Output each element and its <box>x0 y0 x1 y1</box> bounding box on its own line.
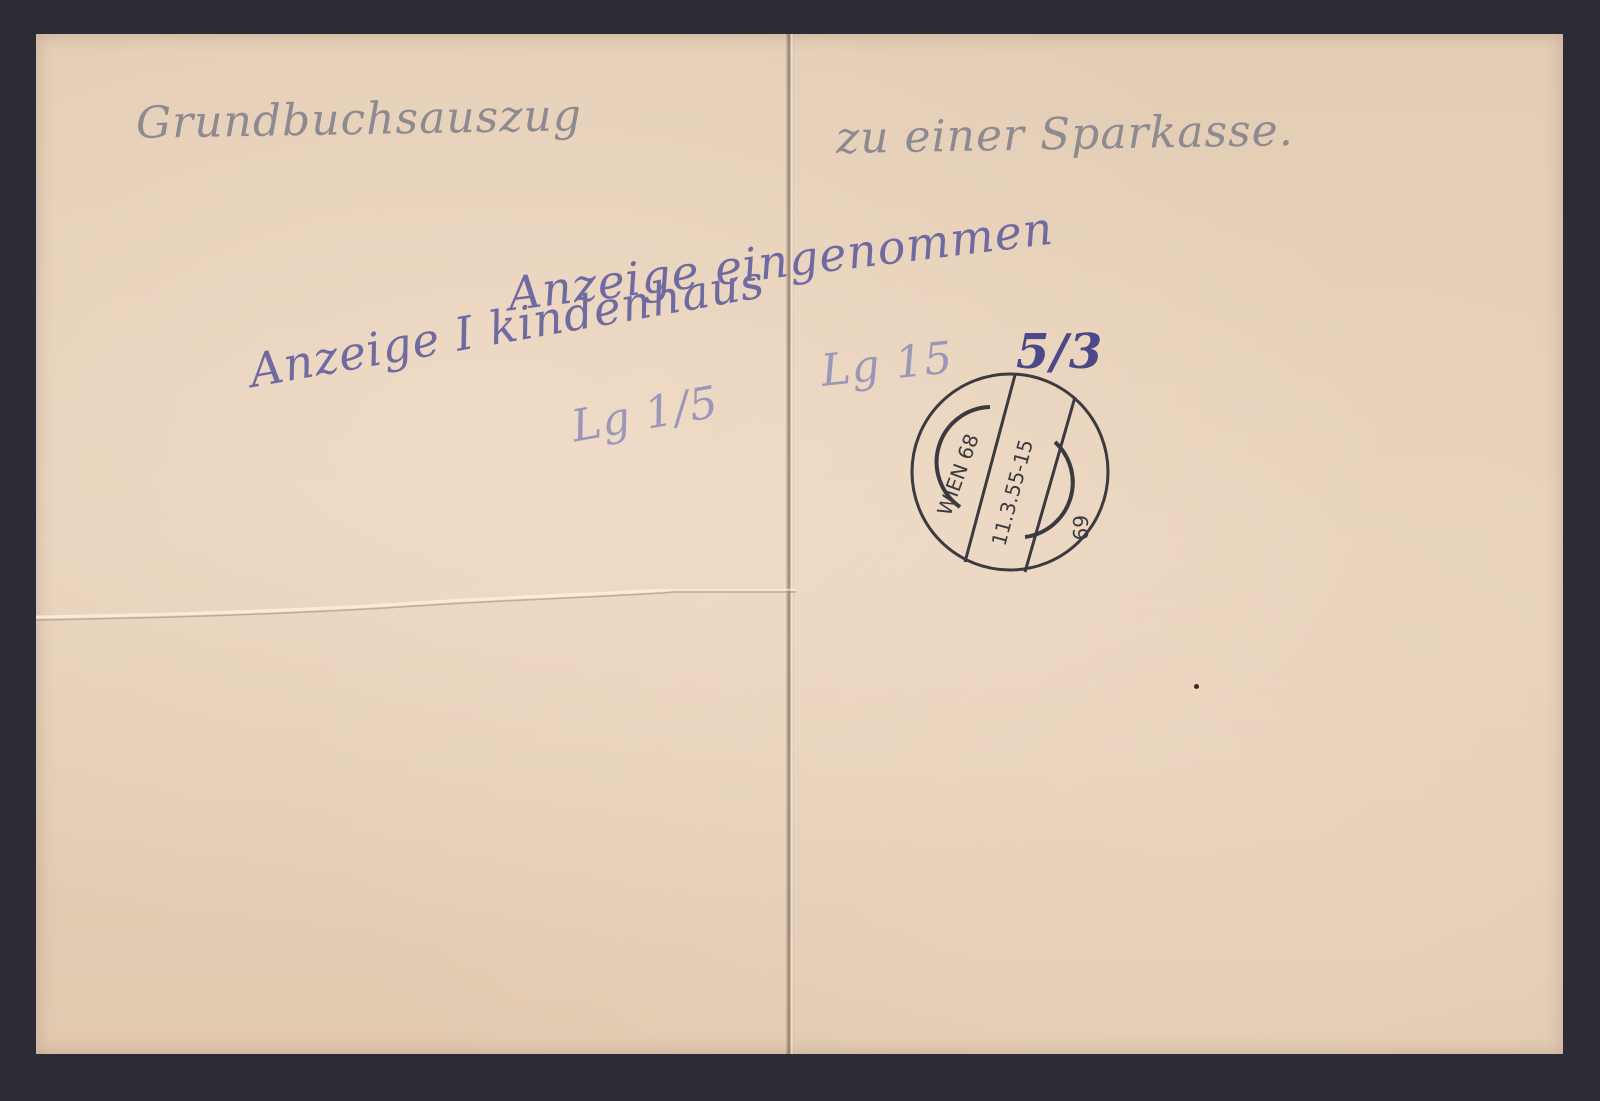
wien-postmark-stamp: WIEN 68 11.3.55-15 69 <box>905 367 1115 577</box>
postmark-number: 69 <box>1068 515 1092 540</box>
pencil-note-left: Grundbuchsauszug <box>136 90 583 149</box>
pencil-note-right: zu einer Sparkasse. <box>836 105 1294 164</box>
horizontal-crease <box>36 589 796 629</box>
vertical-fold-line <box>786 34 794 1054</box>
ink-note-3: Lg 1/5 <box>568 377 723 453</box>
postal-document: Grundbuchsauszug zu einer Sparkasse. Anz… <box>36 34 1563 1054</box>
ink-speck <box>1194 684 1199 689</box>
